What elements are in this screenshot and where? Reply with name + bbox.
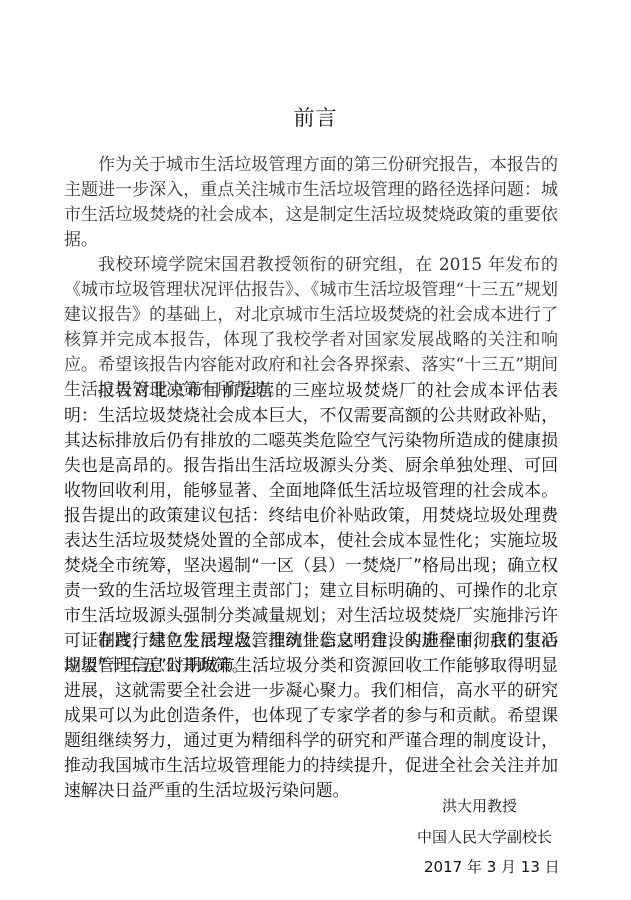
paragraph-intro: 作为关于城市生活垃圾管理方面的第三份研究报告，本报告的主题进一步深入，重点关注城…: [64, 153, 558, 253]
signature-name: 洪大用教授: [442, 795, 517, 816]
paragraph-outlook: 在践行绿色发展理念、推动生态文明建设的进程中，我们衷心期望“十三五”时期城市生活…: [64, 628, 558, 803]
page-title: 前言: [0, 102, 631, 132]
signature-date: 2017 年 3 月 13 日: [424, 856, 560, 877]
signature-position: 中国人民大学副校长: [417, 826, 552, 847]
